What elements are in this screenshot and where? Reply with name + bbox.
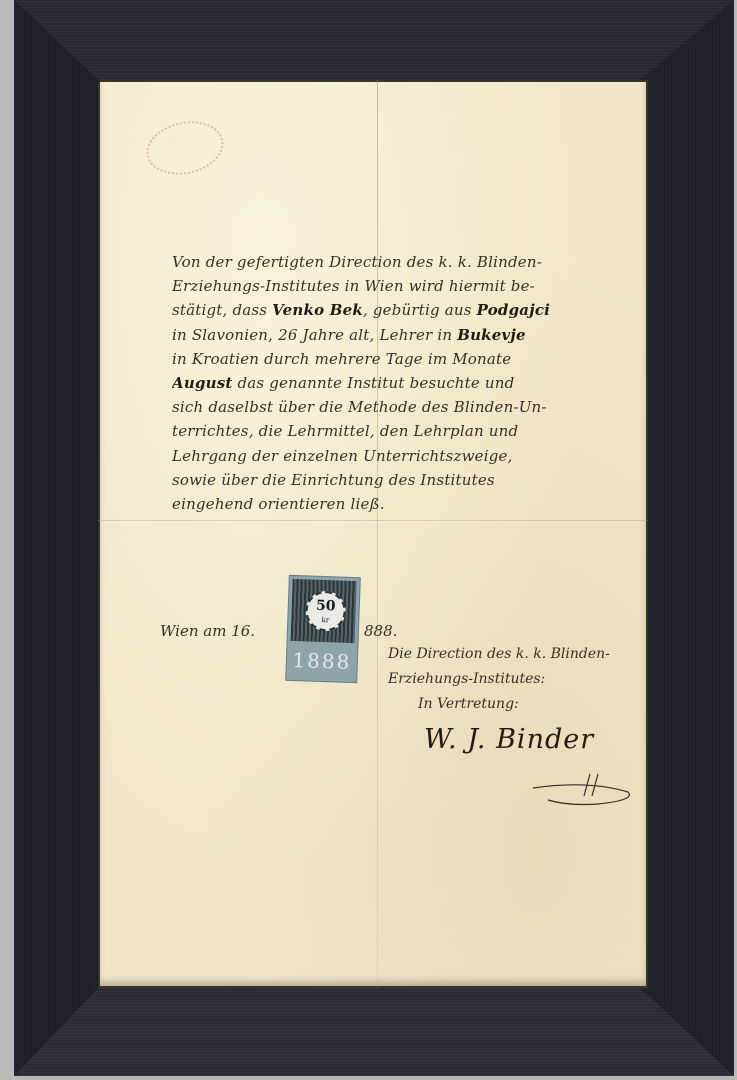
stamp-year: 1888 (286, 648, 357, 674)
body-line-11: eingehend orientieren ließ. (172, 492, 612, 516)
closing-line-1: Die Direction des k. k. Blinden- (388, 642, 638, 667)
embossed-seal-icon: · · · · · · (141, 114, 228, 181)
place-and-date: Wien am 16. 888. (160, 622, 255, 640)
frame-bottom-bevel (14, 988, 734, 1076)
closing-line-2: Erziehungs-Institutes: (388, 667, 638, 692)
workplace: Bukevje (457, 326, 526, 344)
body-line-2: Erziehungs-Institutes in Wien wird hierm… (172, 274, 612, 298)
body-line-8: terrichtes, die Lehrmittel, den Lehrplan… (172, 419, 612, 443)
body-line-10: sowie über die Einrichtung des Institute… (172, 468, 612, 492)
body-line-3: stätigt, dass Venko Bek, gebürtig aus Po… (172, 298, 612, 322)
frame-right-bevel (648, 0, 734, 1076)
signature-flourish-icon (528, 770, 638, 810)
person-name: Venko Bek (272, 301, 363, 319)
body-line-6: August das genannte Institut besuchte un… (172, 371, 612, 395)
body-line-7: sich daselbst über die Methode des Blind… (172, 395, 612, 419)
revenue-stamp: 50 kr 1888 (286, 576, 360, 682)
frame-left-bevel (14, 0, 98, 1076)
closing-block: Die Direction des k. k. Blinden- Erziehu… (388, 642, 638, 717)
vertical-fold-line (377, 80, 378, 988)
date-year: 888. (364, 622, 397, 640)
signature: W. J. Binder (424, 724, 594, 755)
horizontal-fold-line (98, 520, 648, 521)
document-paper: · · · · · · Von der gefertigten Directio… (98, 80, 648, 988)
body-line-1: Von der gefertigten Direction des k. k. … (172, 250, 612, 274)
month: August (172, 374, 233, 392)
frame-top-bevel (14, 0, 734, 80)
certificate-body: Von der gefertigten Direction des k. k. … (172, 250, 612, 516)
closing-line-3: In Vertretung: (388, 692, 638, 717)
body-line-5: in Kroatien durch mehrere Tage im Monate (172, 347, 612, 371)
body-line-4: in Slavonien, 26 Jahre alt, Lehrer in Bu… (172, 323, 612, 347)
body-line-9: Lehrgang der einzelnen Unterrichtszweige… (172, 444, 612, 468)
birthplace: Podgajci (477, 301, 550, 319)
